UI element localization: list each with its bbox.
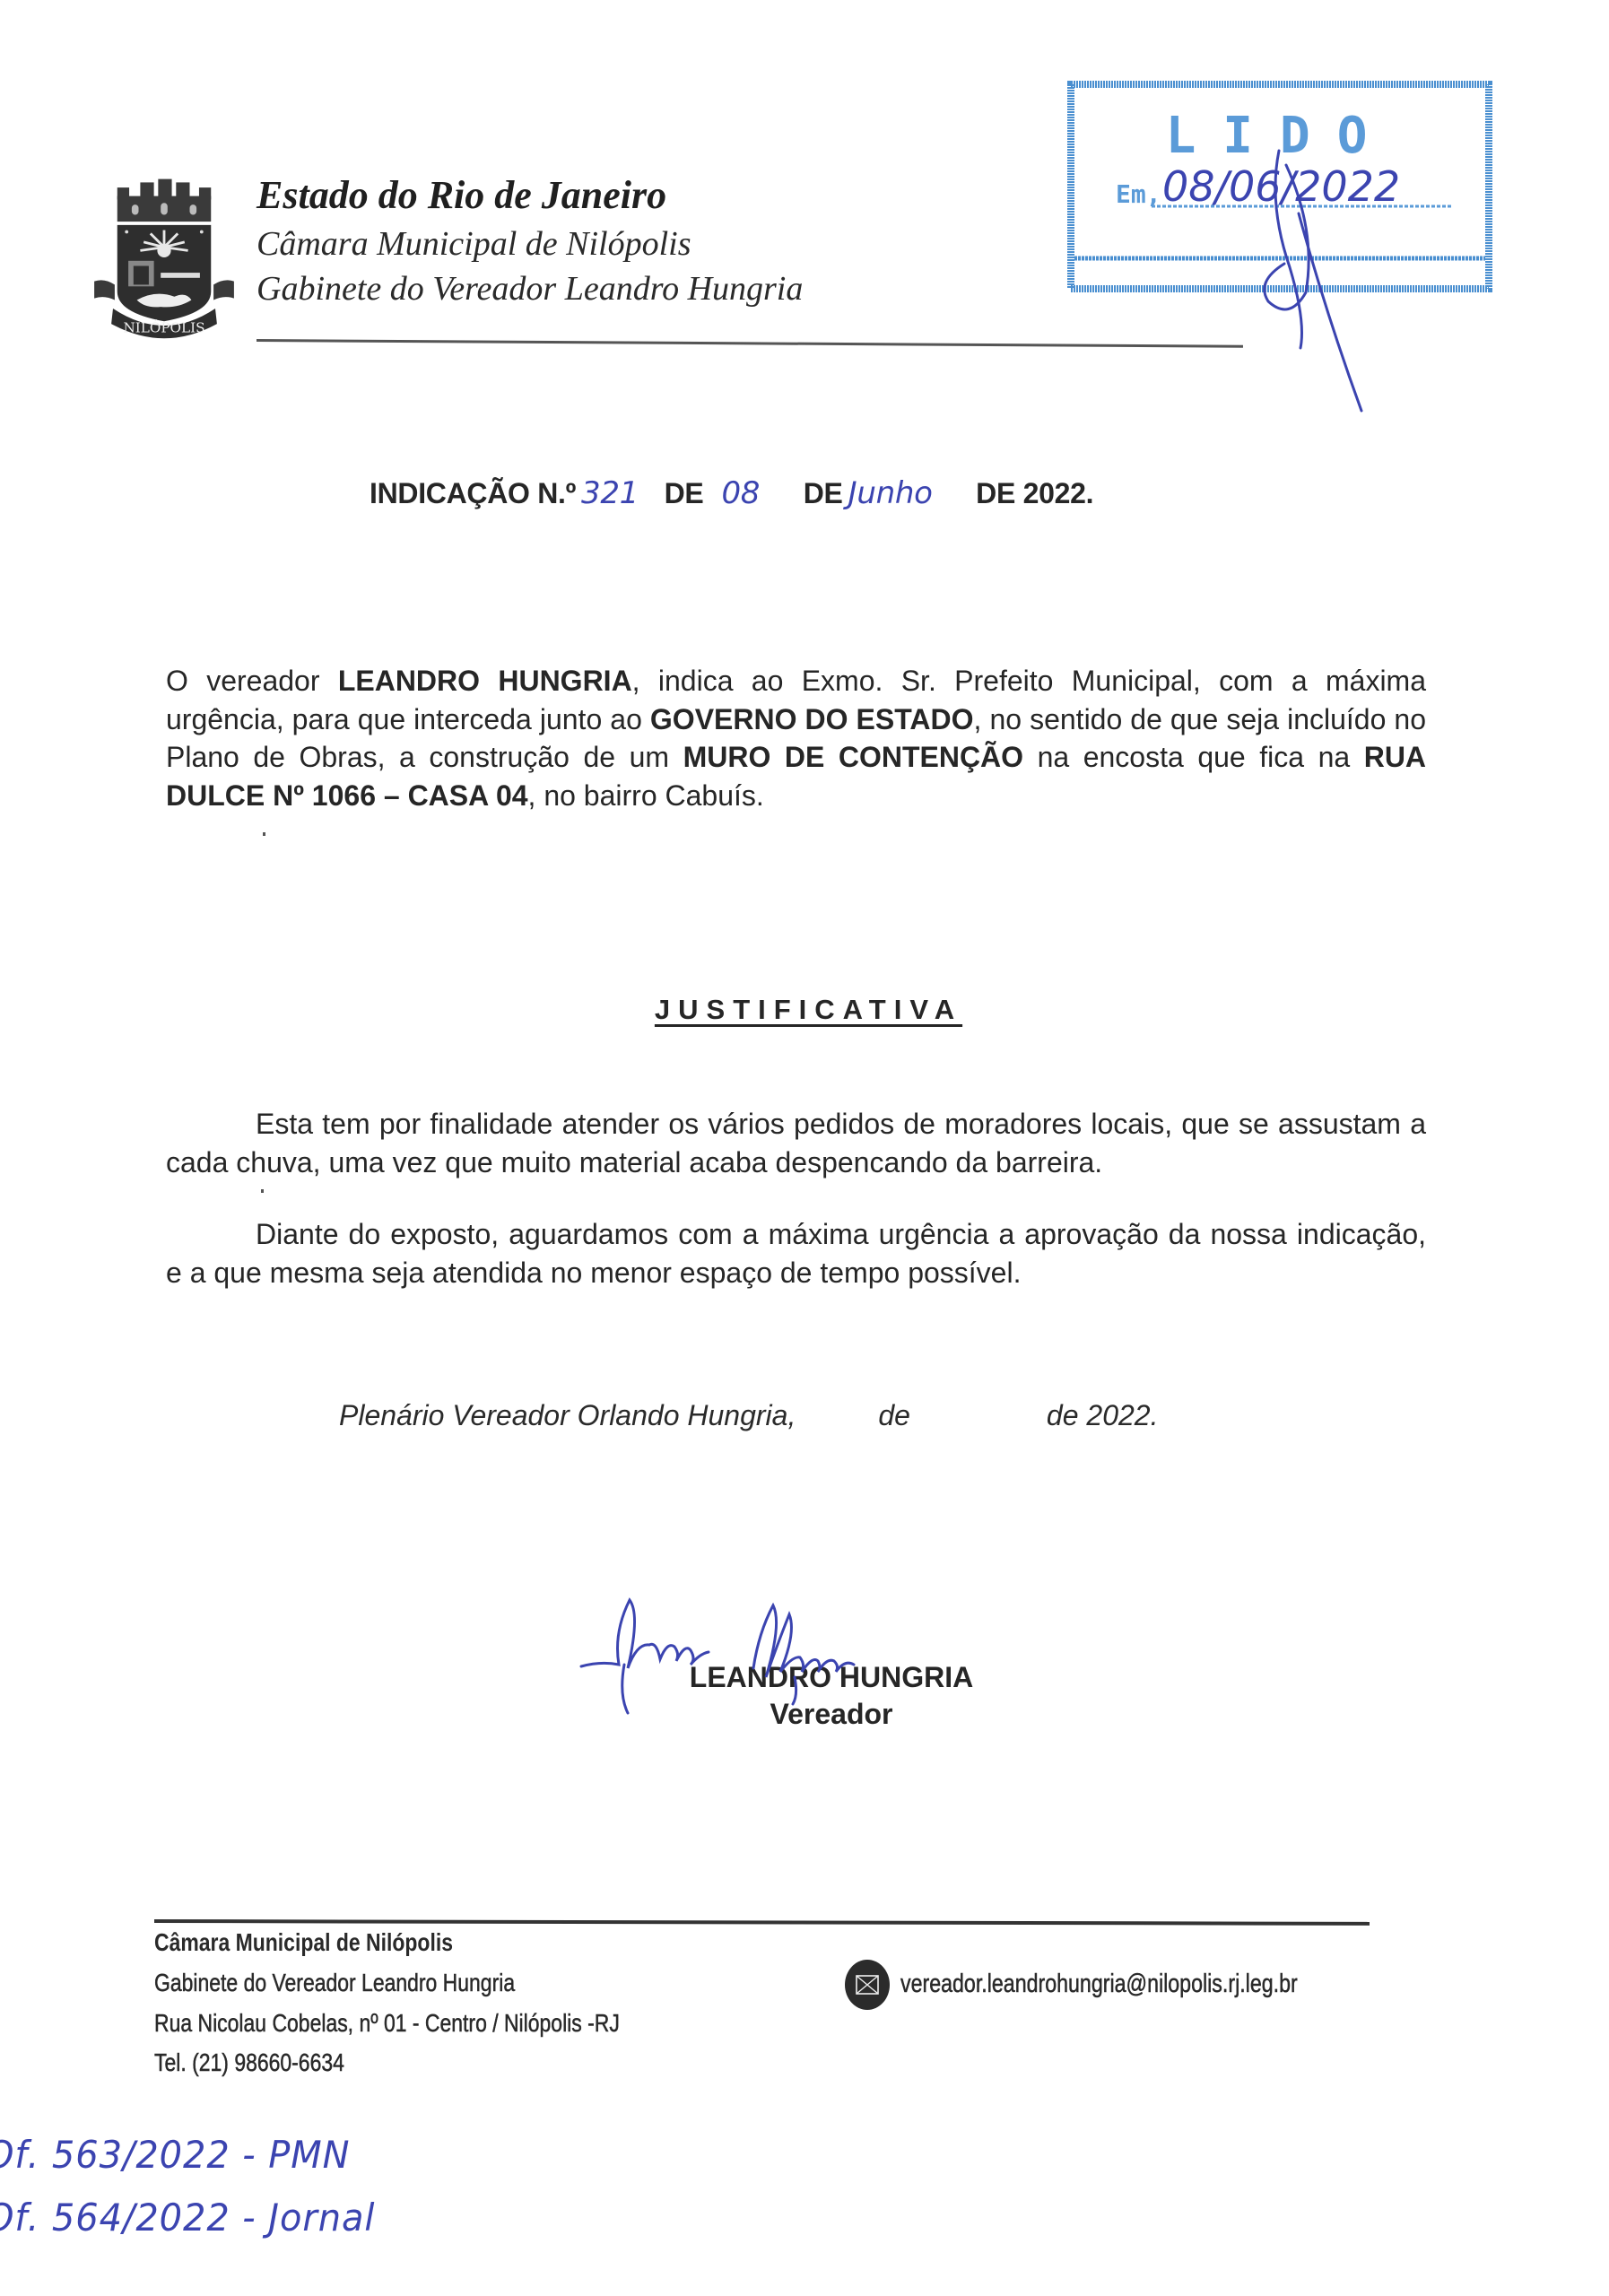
closing-year: de 2022. [1047, 1399, 1159, 1431]
handwritten-signature [574, 1578, 951, 1722]
body-text: na encosta que fica na [1023, 741, 1364, 773]
emphasis-text: MURO DE CONTENÇÃO [683, 741, 1024, 773]
indication-month: Junho [848, 475, 933, 511]
justification-heading: JUSTIFICATIVA [0, 994, 1609, 1026]
footer-chamber: Câmara Municipal de Nilópolis [154, 1928, 453, 1957]
envelope-icon [845, 1960, 890, 2010]
header-chamber: Câmara Municipal de Nilópolis [257, 224, 691, 264]
title-year: DE 2022. [976, 477, 1093, 509]
handwritten-note: Of. 563/2022 - PMN [0, 2133, 350, 2177]
indication-title: INDICAÇÃO N.º321 DE08 DEJunho DE 2022. [370, 475, 1093, 511]
footer-email[interactable]: vereador.leandrohungria@nilopolis.rj.leg… [900, 1970, 1298, 1999]
footer-divider [154, 1919, 1370, 1926]
coat-of-arms-icon: NILÓPOLIS [79, 172, 249, 343]
svg-text:08/06/2022: 08/06/2022 [1162, 162, 1400, 211]
title-de-2: DE [804, 477, 843, 509]
header-divider [257, 339, 1243, 348]
scan-mark [263, 832, 265, 836]
footer-phone: Tel. (21) 98660-6634 [154, 2048, 344, 2077]
emphasis-text: GOVERNO DO ESTADO [650, 703, 974, 735]
closing-place: Plenário Vereador Orlando Hungria, [339, 1399, 796, 1431]
handwritten-note: Of. 564/2022 - Jornal [0, 2196, 375, 2239]
title-prefix: INDICAÇÃO N.º [370, 477, 576, 509]
justification-paragraph-2: Diante do exposto, aguardamos com a máxi… [166, 1215, 1426, 1291]
closing-place-date: Plenário Vereador Orlando Hungria,dede 2… [339, 1399, 1158, 1432]
received-stamp: LIDO Em, 08/06/2022 [1065, 79, 1494, 301]
scan-mark [261, 1189, 264, 1193]
emphasis-text: LEANDRO HUNGRIA [338, 665, 632, 697]
justification-paragraph-1: Esta tem por finalidade atender os vário… [166, 1105, 1426, 1181]
indication-number: 321 [581, 475, 639, 511]
svg-text:NILÓPOLIS: NILÓPOLIS [124, 320, 205, 336]
footer-address: Rua Nicolau Cobelas, nº 01 - Centro / Ni… [154, 2009, 620, 2038]
svg-text:LIDO: LIDO [1166, 107, 1395, 165]
header-state: Estado do Rio de Janeiro [257, 172, 666, 218]
footer-office: Gabinete do Vereador Leandro Hungria [154, 1969, 515, 1997]
body-text: O vereador [166, 665, 338, 697]
header-office: Gabinete do Vereador Leandro Hungria [257, 269, 803, 309]
body-text: , no bairro Cabuís. [528, 779, 764, 812]
closing-de: de [878, 1399, 910, 1431]
indication-day: 08 [721, 475, 760, 511]
indication-paragraph: O vereador LEANDRO HUNGRIA, indica ao Ex… [166, 662, 1426, 814]
svg-text:Em,: Em, [1116, 179, 1161, 209]
title-de-1: DE [665, 477, 704, 509]
